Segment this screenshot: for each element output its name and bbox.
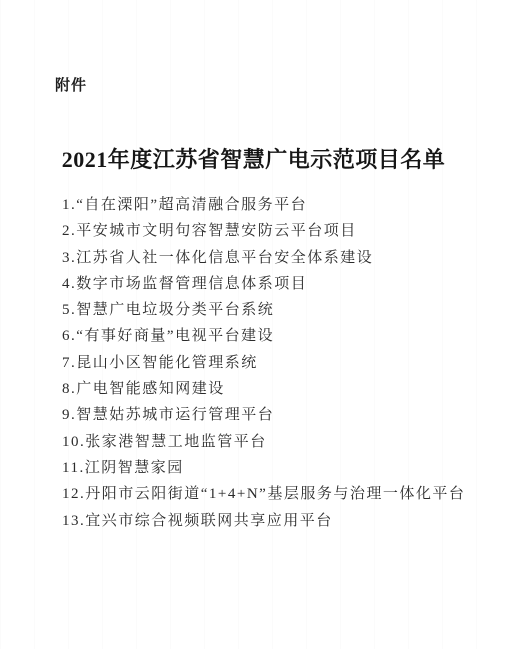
list-item: 11.江阴智慧家园 bbox=[62, 455, 465, 481]
list-item: 7.昆山小区智能化管理系统 bbox=[62, 350, 465, 376]
list-item: 4.数字市场监督管理信息体系项目 bbox=[62, 271, 465, 297]
document-page: 附件 2021年度江苏省智慧广电示范项目名单 1.“自在溧阳”超高清融合服务平台… bbox=[0, 0, 507, 649]
list-item: 2.平安城市文明句容智慧安防云平台项目 bbox=[62, 218, 465, 244]
list-item: 12.丹阳市云阳街道“1+4+N”基层服务与治理一体化平台 bbox=[62, 481, 465, 507]
list-item: 3.江苏省人社一体化信息平台安全体系建设 bbox=[62, 245, 465, 271]
list-item: 13.宜兴市综合视频联网共享应用平台 bbox=[62, 508, 465, 534]
list-item: 9.智慧姑苏城市运行管理平台 bbox=[62, 402, 465, 428]
list-item: 8.广电智能感知网建设 bbox=[62, 376, 465, 402]
attachment-label: 附件 bbox=[55, 74, 87, 95]
list-item: 5.智慧广电垃圾分类平台系统 bbox=[62, 297, 465, 323]
project-list: 1.“自在溧阳”超高清融合服务平台 2.平安城市文明句容智慧安防云平台项目 3.… bbox=[62, 192, 465, 534]
list-item: 1.“自在溧阳”超高清融合服务平台 bbox=[62, 192, 465, 218]
page-title: 2021年度江苏省智慧广电示范项目名单 bbox=[0, 143, 507, 174]
list-item: 10.张家港智慧工地监管平台 bbox=[62, 429, 465, 455]
list-item: 6.“有事好商量”电视平台建设 bbox=[62, 323, 465, 349]
